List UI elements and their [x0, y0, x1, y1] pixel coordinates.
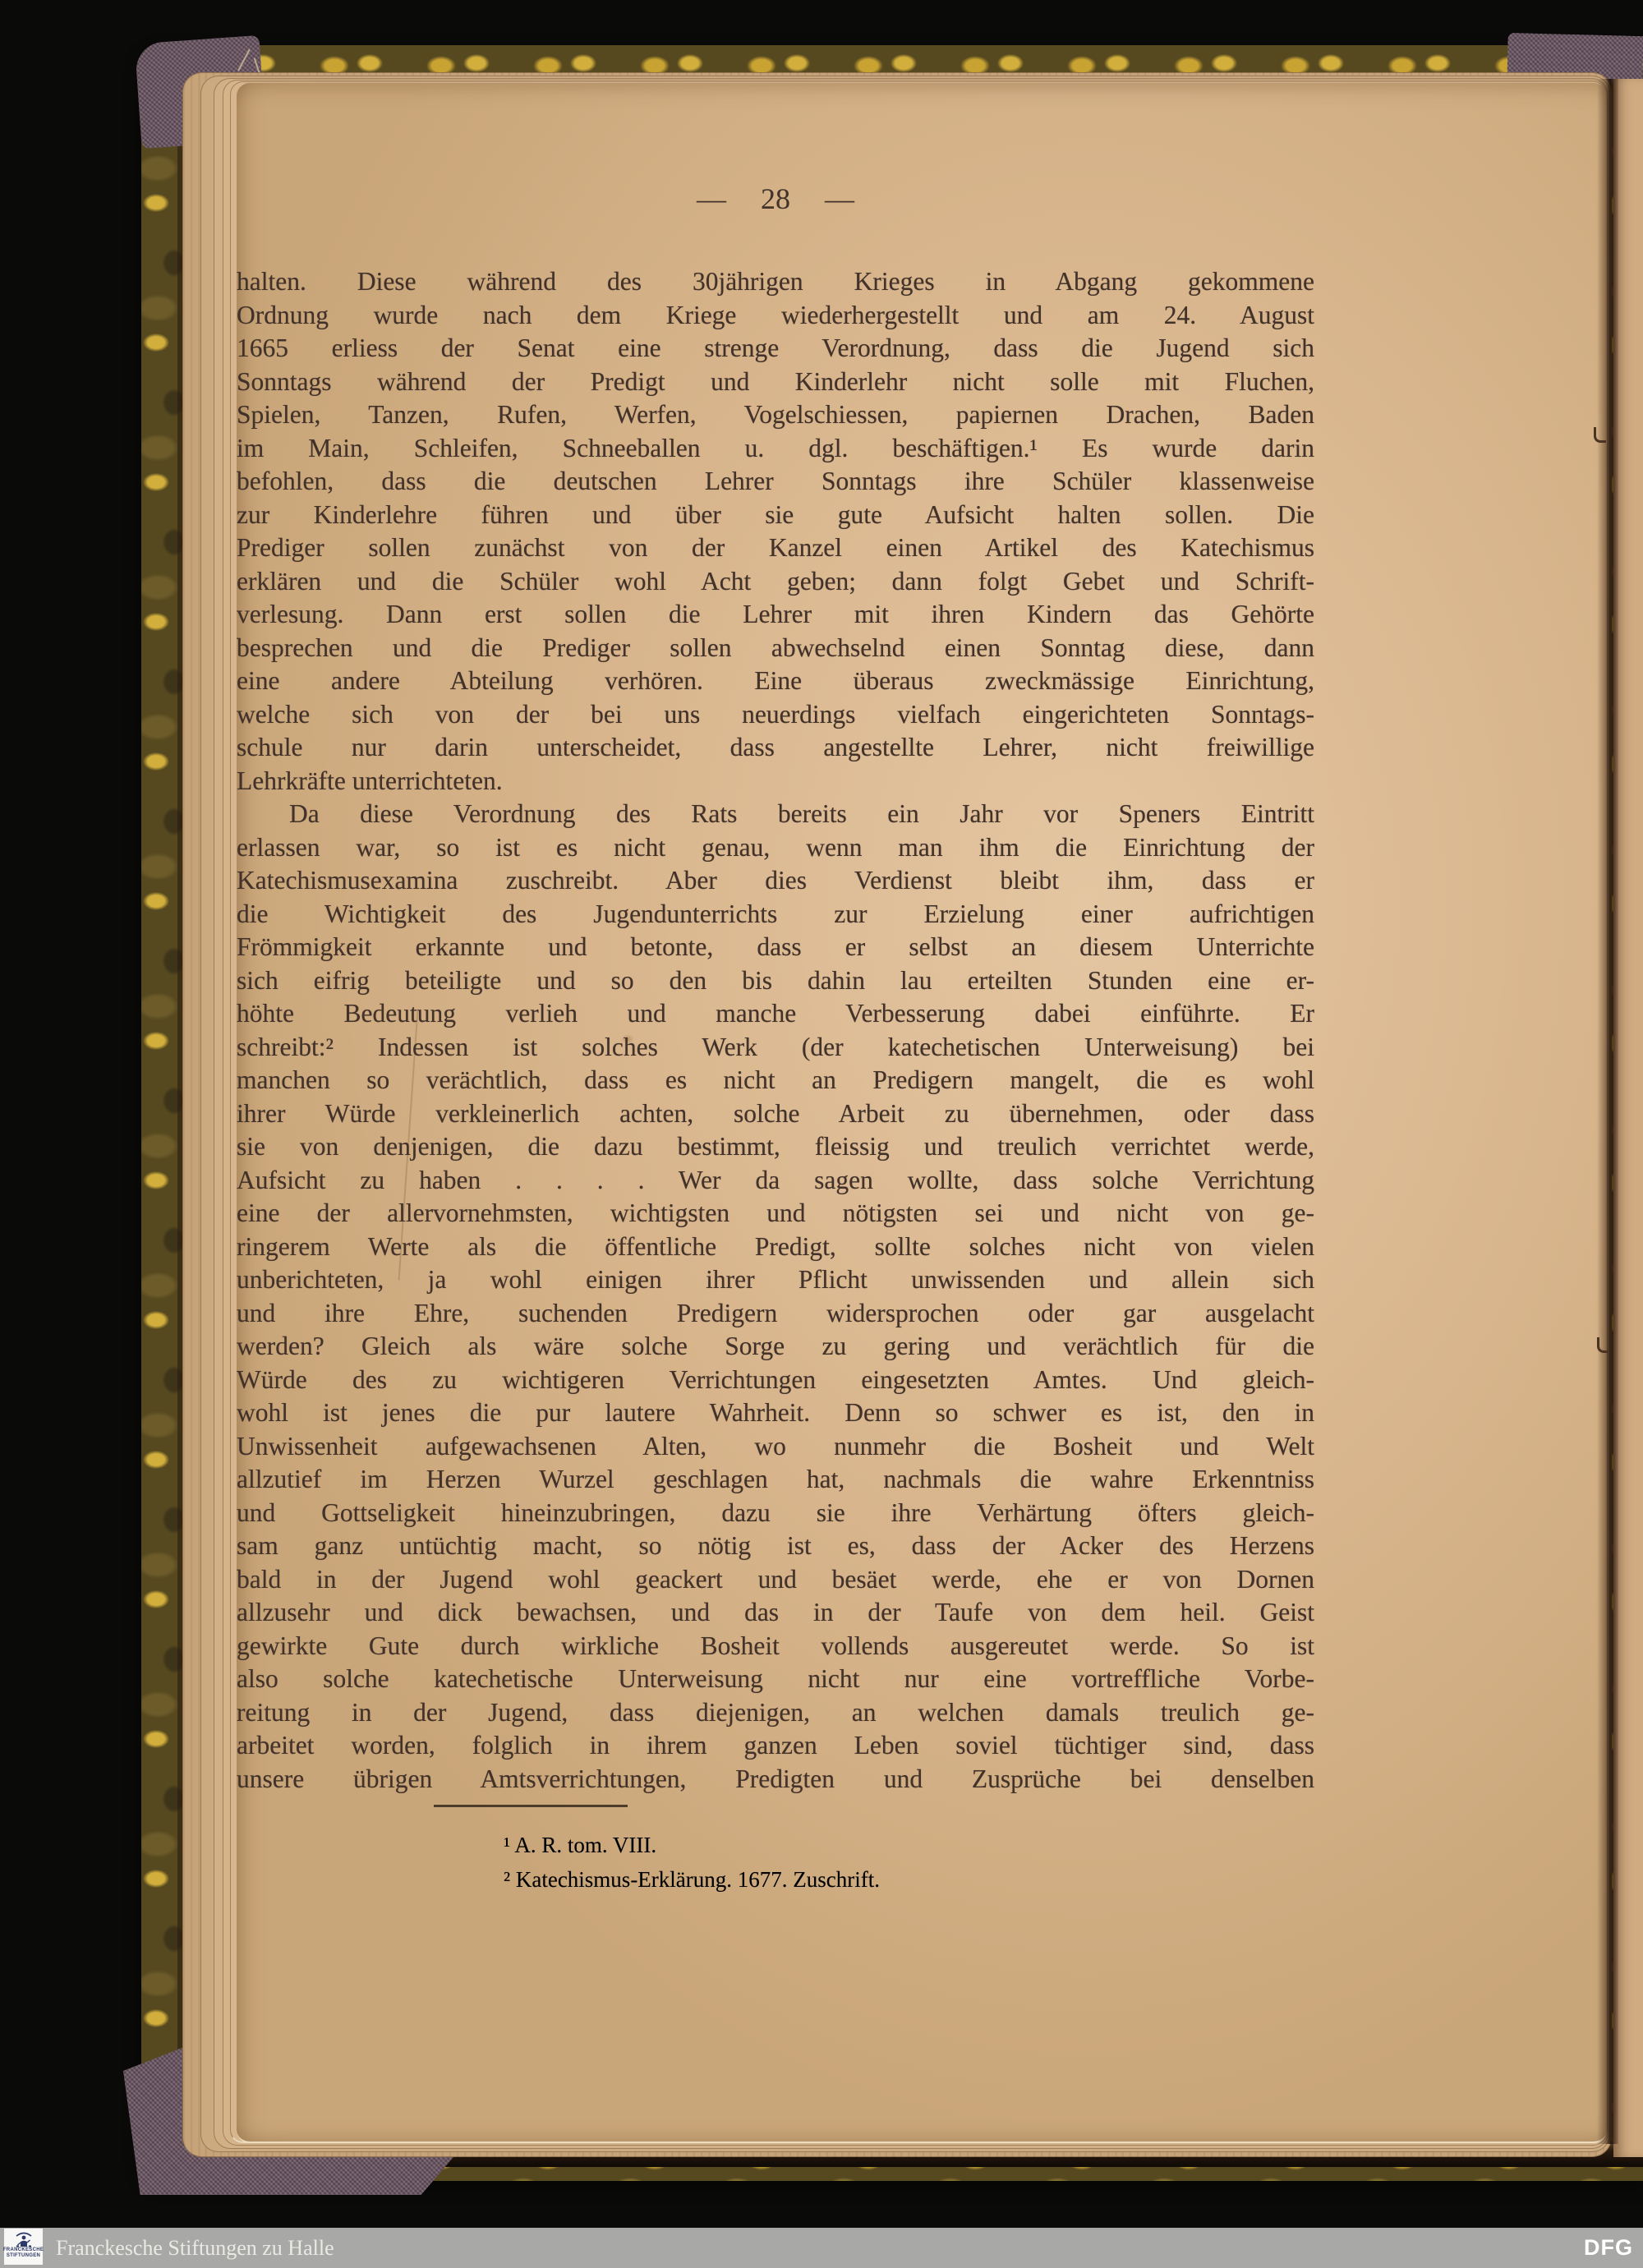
- body-line-42: gewirkte Gute durch wirkliche Bosheit vo…: [237, 1630, 1314, 1663]
- body-line-28: Aufsicht zu haben . . . . Wer da sagen w…: [237, 1164, 1314, 1198]
- body-line-4: Sonntags während der Predigt und Kinderl…: [237, 366, 1314, 399]
- body-line-44: reitung in der Jugend, dass diejenigen, …: [237, 1696, 1314, 1730]
- body-line-17: Da diese Verordnung des Rats bereits ein…: [237, 798, 1314, 831]
- body-line-10: erklären und die Schüler wohl Acht geben…: [237, 565, 1314, 599]
- body-line-23: höhte Bedeutung verlieh und manche Verbe…: [237, 997, 1314, 1031]
- body-line-31: unberichteten, ja wohl einigen ihrer Pfl…: [237, 1263, 1314, 1297]
- body-line-39: sam ganz untüchtig macht, so nötig ist e…: [237, 1530, 1314, 1563]
- body-line-8: zur Kinderlehre führen und über sie gute…: [237, 499, 1314, 532]
- body-text: halten. Diese während des 30jährigen Kri…: [237, 265, 1314, 1796]
- body-line-38: und Gottseligkeit hineinzubringen, dazu …: [237, 1497, 1314, 1530]
- institution-name: Franckesche Stiftungen zu Halle: [56, 2228, 334, 2268]
- body-line-35: wohl ist jenes die pur lautere Wahrheit.…: [237, 1396, 1314, 1430]
- body-line-15: schule nur darin unterscheidet, dass ang…: [237, 731, 1314, 765]
- logo-caption-line2: STIFTUNGEN: [7, 2253, 40, 2259]
- logo-caption-line1: FRANCKESCHE: [3, 2247, 44, 2253]
- footnote-1: ¹ A. R. tom. VIII.: [504, 1828, 880, 1862]
- body-line-6: im Main, Schleifen, Schneeballen u. dgl.…: [237, 432, 1314, 466]
- gutter-mark: [1597, 1337, 1609, 1353]
- body-line-30: ringerem Werte als die öffentliche Predi…: [237, 1231, 1314, 1264]
- body-line-22: sich eifrig beteiligte und so den bis da…: [237, 964, 1314, 998]
- dfg-logo: DFG: [1584, 2228, 1633, 2268]
- body-line-36: Unwissenheit aufgewachsenen Alten, wo nu…: [237, 1430, 1314, 1464]
- body-line-24: schreibt:² Indessen ist solches Werk (de…: [237, 1031, 1314, 1065]
- body-line-16: Lehrkräfte unterrichteten.: [237, 765, 1314, 798]
- body-line-19: Katechismusexamina zuschreibt. Aber dies…: [237, 864, 1314, 898]
- body-line-11: verlesung. Dann erst sollen die Lehrer m…: [237, 598, 1314, 632]
- page-number: — 28 —: [237, 182, 1314, 216]
- francke-figure-icon: [13, 2231, 35, 2247]
- body-line-13: eine andere Abteilung verhören. Eine übe…: [237, 665, 1314, 698]
- book-page: — 28 — halten. Diese während des 30jähri…: [237, 83, 1607, 2143]
- body-line-21: Frömmigkeit erkannte und betonte, dass e…: [237, 931, 1314, 964]
- body-line-27: sie von denjenigen, die dazu bestimmt, f…: [237, 1130, 1314, 1164]
- body-line-14: welche sich von der bei uns neuerdings v…: [237, 698, 1314, 732]
- body-line-29: eine der allervornehmsten, wichtigsten u…: [237, 1197, 1314, 1231]
- body-line-32: und ihre Ehre, suchenden Predigern wider…: [237, 1297, 1314, 1331]
- body-line-33: werden? Gleich als wäre solche Sorge zu …: [237, 1330, 1314, 1364]
- body-line-25: manchen so verächtlich, dass es nicht an…: [237, 1064, 1314, 1097]
- body-line-1: halten. Diese während des 30jährigen Kri…: [237, 265, 1314, 299]
- scanned-book-photo: — 28 — halten. Diese während des 30jähri…: [0, 0, 1643, 2268]
- body-line-2: Ordnung wurde nach dem Kriege wiederherg…: [237, 299, 1314, 333]
- gutter-shadow: [1597, 79, 1618, 2144]
- footnotes: ¹ A. R. tom. VIII.² Katechismus-Erklärun…: [504, 1828, 880, 1897]
- body-line-12: besprechen und die Prediger sollen abwec…: [237, 632, 1314, 665]
- page-number-value: 28: [761, 182, 790, 216]
- body-line-5: Spielen, Tanzen, Rufen, Werfen, Vogelsch…: [237, 398, 1314, 432]
- page-number-dash-left: —: [697, 182, 726, 216]
- body-line-40: bald in der Jugend wohl geackert und bes…: [237, 1563, 1314, 1597]
- body-line-26: ihrer Würde verkleinerlich achten, solch…: [237, 1097, 1314, 1131]
- footnote-2: ² Katechismus-Erklärung. 1677. Zuschrift…: [504, 1862, 880, 1897]
- body-line-18: erlassen war, so ist es nicht genau, wen…: [237, 831, 1314, 865]
- body-line-45: arbeitet worden, folglich in ihrem ganze…: [237, 1729, 1314, 1763]
- gutter-mark: [1594, 427, 1606, 443]
- viewer-footer-bar: FRANCKESCHE STIFTUNGEN Franckesche Stift…: [0, 2228, 1643, 2268]
- body-line-37: allzutief im Herzen Wurzel geschlagen ha…: [237, 1463, 1314, 1497]
- body-line-43: also solche katechetische Unterweisung n…: [237, 1663, 1314, 1696]
- institution-logo: FRANCKESCHE STIFTUNGEN: [4, 2229, 43, 2265]
- page-number-dash-right: —: [825, 182, 854, 216]
- body-line-41: allzusehr und dick bewachsen, und das in…: [237, 1596, 1314, 1630]
- body-line-34: Würde des zu wichtigeren Verrichtungen e…: [237, 1364, 1314, 1397]
- footnote-separator-rule: [434, 1805, 628, 1807]
- body-line-20: die Wichtigkeit des Jugendunterrichts zu…: [237, 898, 1314, 932]
- body-line-9: Prediger sollen zunächst von der Kanzel …: [237, 531, 1314, 565]
- body-line-46: unsere übrigen Amtsverrichtungen, Predig…: [237, 1763, 1314, 1796]
- body-line-7: befohlen, dass die deutschen Lehrer Sonn…: [237, 465, 1314, 499]
- body-line-3: 1665 erliess der Senat eine strenge Vero…: [237, 332, 1314, 366]
